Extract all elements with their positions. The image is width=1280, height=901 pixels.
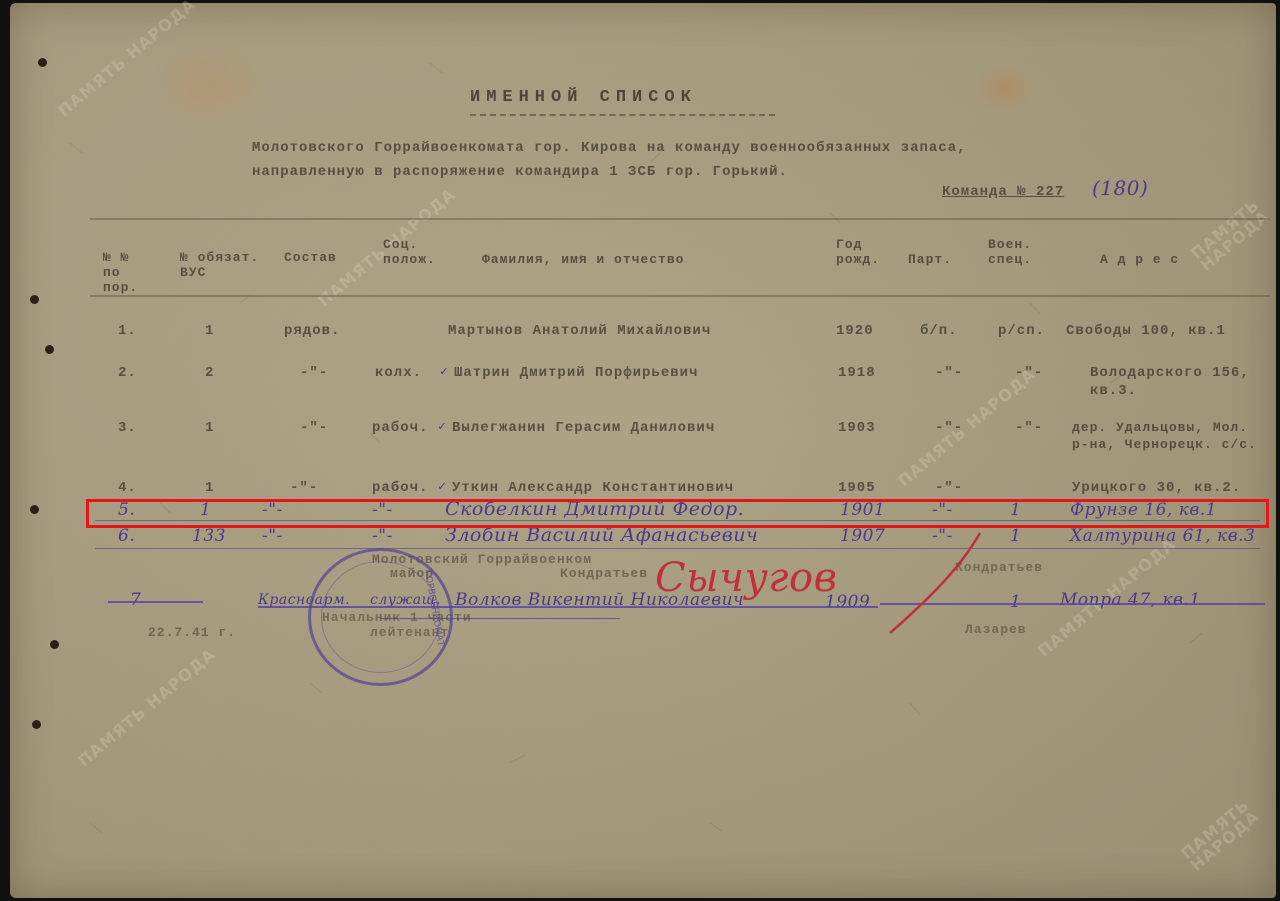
header-composition: Состав	[284, 250, 337, 265]
header-num: № № по пор.	[103, 250, 143, 295]
row-social: -"-	[372, 526, 393, 546]
team-handwritten-number: (180)	[1092, 176, 1148, 200]
team-number: Команда № 227	[942, 184, 1064, 200]
row-address-line2: кв.3.	[1090, 383, 1137, 399]
row-address: Халтурина 61, кв.3	[1070, 526, 1255, 546]
row-social: колх.	[375, 365, 422, 381]
highlighted-row-box	[86, 499, 1269, 528]
row-social: рабоч.	[372, 480, 428, 496]
row-col2: 2	[205, 365, 214, 381]
red-signature: Сычугов	[655, 555, 837, 601]
document-date: 22.7.41 г.	[148, 625, 236, 640]
row-col2: 133	[192, 526, 226, 546]
row-address: Володарского 156,	[1090, 365, 1250, 381]
punch-hole	[30, 505, 39, 514]
row-party: б/п.	[920, 323, 958, 339]
header-social: Соц. полож.	[383, 237, 443, 267]
row-composition: -"-	[290, 480, 318, 496]
subtitle-line-1: Молотовского Горрайвоенкомата гор. Киров…	[252, 140, 967, 156]
row-rank: -"-	[1015, 365, 1043, 381]
row-party: -"-	[935, 365, 963, 381]
row-num: 3.	[118, 420, 137, 436]
row-year: 1903	[838, 420, 876, 436]
header-party: Парт.	[908, 252, 952, 267]
header-birth-year: Год рожд.	[836, 237, 886, 267]
row-party: -"-	[935, 420, 963, 436]
check-mark-icon: ✓	[440, 364, 448, 379]
table-header-rule	[90, 295, 1270, 297]
punch-hole	[32, 720, 41, 729]
check-mark-icon: ✓	[438, 419, 446, 434]
row-rank: -"-	[1015, 420, 1043, 436]
row-name: Вылегжанин Герасим Данилович	[452, 420, 715, 436]
row-composition: -"-	[262, 526, 283, 546]
red-signature-stroke	[880, 528, 990, 638]
punch-hole	[38, 58, 47, 67]
strikethrough-line	[108, 601, 203, 603]
table-top-rule	[90, 218, 1270, 220]
row-composition: -"-	[300, 365, 328, 381]
check-mark-icon: ✓	[438, 479, 446, 494]
row-num: 4.	[118, 480, 137, 496]
row-address: Свободы 100, кв.1	[1066, 323, 1226, 339]
signer-name: Кондратьев	[560, 566, 648, 581]
punch-hole	[45, 345, 54, 354]
row-social: рабоч.	[372, 420, 428, 436]
document-title: ИМЕННОЙ СПИСОК	[470, 88, 697, 107]
row-name: Уткин Александр Константинович	[452, 480, 734, 496]
row-year: 1920	[836, 323, 874, 339]
row-address: Мопра 47, кв.1	[1060, 590, 1201, 610]
row-party: -"-	[935, 480, 963, 496]
row-num: 7	[130, 590, 141, 610]
punch-hole	[50, 640, 59, 649]
row-rank: 1	[1010, 592, 1021, 612]
row-name: Мартынов Анатолий Михайлович	[448, 323, 711, 339]
row-year: 1918	[838, 365, 876, 381]
row-composition: -"-	[300, 420, 328, 436]
row-col2: 1	[205, 480, 214, 496]
row-num: 6.	[118, 526, 135, 546]
row-year: 1907	[840, 526, 885, 546]
row-num: 2.	[118, 365, 137, 381]
row-col2: 1	[205, 323, 214, 339]
header-col2: № обязат. ВУС	[180, 250, 260, 280]
row-address: Урицкого 30, кв.2.	[1072, 480, 1241, 496]
header-address: А д р е с	[1100, 252, 1179, 267]
row-rank: 1	[1010, 526, 1021, 546]
row-name: Шатрин Дмитрий Порфирьевич	[454, 365, 698, 381]
header-military-specialty: Воен. спец.	[988, 237, 1038, 267]
punch-hole	[30, 295, 39, 304]
row-address: дер. Удальцовы, Мол.	[1072, 420, 1248, 435]
subtitle-line-2: направленную в распоряжение командира 1 …	[252, 164, 788, 180]
row-rank: р/сп.	[998, 323, 1045, 339]
row-year: 1905	[838, 480, 876, 496]
row-underline	[95, 548, 1260, 549]
header-name: Фамилия, имя и отчество	[482, 252, 684, 267]
title-underline	[470, 114, 775, 119]
row-composition: рядов.	[284, 323, 340, 339]
row-address-line2: р-на, Чернорецк. с/с.	[1072, 437, 1257, 452]
row-col2: 1	[205, 420, 214, 436]
row-num: 1.	[118, 323, 137, 339]
